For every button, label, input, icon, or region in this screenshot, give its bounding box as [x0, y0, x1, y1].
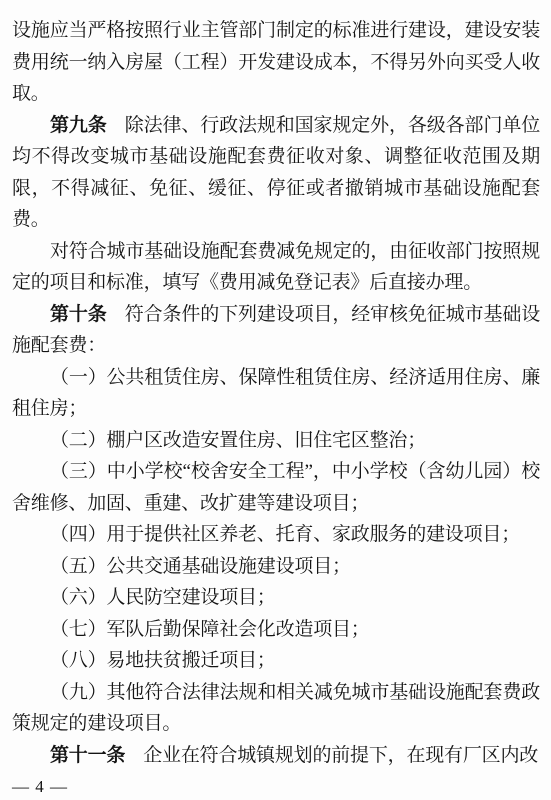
paragraph: （九）其他符合法律法规和相关减免城市基础设施配套费政策规定的建设项目。: [12, 677, 540, 740]
article-number: 第九条: [50, 115, 107, 136]
paragraph: （六）人民防空建设项目；: [12, 582, 540, 614]
paragraph-text: （九）其他符合法律法规和相关减免城市基础设施配套费政策规定的建设项目。: [12, 682, 540, 735]
paragraph: （三）中小学校“校舍安全工程”，中小学校（含幼儿园）校舍维修、加固、重建、改扩建…: [12, 456, 540, 519]
paragraph: 对符合城市基础设施配套费减免规定的，由征收部门按照规定的项目和标准，填写《费用减…: [12, 236, 540, 299]
paragraph: （二）棚户区改造安置住房、旧住宅区整治；: [12, 425, 540, 457]
article-number: 第十一条: [50, 745, 125, 766]
paragraph-text: （八）易地扶贫搬迁项目；: [50, 650, 276, 671]
paragraph-text: （五）公共交通基础设施建设项目；: [50, 556, 351, 577]
paragraph: （七）军队后勤保障社会化改造项目；: [12, 614, 540, 646]
paragraph: （四）用于提供社区养老、托育、家政服务的建设项目；: [12, 519, 540, 551]
document-body: 设施应当严格按照行业主管部门制定的标准进行建设，建设安装费用统一纳入房屋（工程）…: [12, 15, 540, 771]
paragraph: 第十条符合条件的下列建设项目，经审核免征城市基础设施配套费：: [12, 299, 540, 362]
paragraph-text: （三）中小学校“校舍安全工程”，中小学校（含幼儿园）校舍维修、加固、重建、改扩建…: [12, 461, 540, 514]
paragraph: 第十一条企业在符合城镇规划的前提下，在现有厂区内改: [12, 740, 540, 772]
paragraph-text: 设施应当严格按照行业主管部门制定的标准进行建设，建设安装费用统一纳入房屋（工程）…: [12, 20, 540, 104]
paragraph-text: （六）人民防空建设项目；: [50, 587, 276, 608]
page-number: — 4 —: [12, 777, 68, 797]
paragraph-text: （二）棚户区改造安置住房、旧住宅区整治；: [50, 430, 426, 451]
paragraph: （五）公共交通基础设施建设项目；: [12, 551, 540, 583]
paragraph-text: （七）军队后勤保障社会化改造项目；: [50, 619, 370, 640]
paragraph: 设施应当严格按照行业主管部门制定的标准进行建设，建设安装费用统一纳入房屋（工程）…: [12, 15, 540, 110]
paragraph: （一）公共租赁住房、保障性租赁住房、经济适用住房、廉租住房；: [12, 362, 540, 425]
paragraph-text: 企业在符合城镇规划的前提下，在现有厂区内改: [143, 745, 538, 766]
paragraph: （八）易地扶贫搬迁项目；: [12, 645, 540, 677]
paragraph: 第九条除法律、行政法规和国家规定外，各级各部门单位均不得改变城市基础设施配套费征…: [12, 110, 540, 236]
paragraph-text: （四）用于提供社区养老、托育、家政服务的建设项目；: [50, 524, 520, 545]
paragraph-text: （一）公共租赁住房、保障性租赁住房、经济适用住房、廉租住房；: [12, 367, 540, 420]
paragraph-text: 对符合城市基础设施配套费减免规定的，由征收部门按照规定的项目和标准，填写《费用减…: [12, 241, 540, 294]
paragraph-container: 设施应当严格按照行业主管部门制定的标准进行建设，建设安装费用统一纳入房屋（工程）…: [12, 15, 540, 771]
article-number: 第十条: [50, 304, 107, 325]
